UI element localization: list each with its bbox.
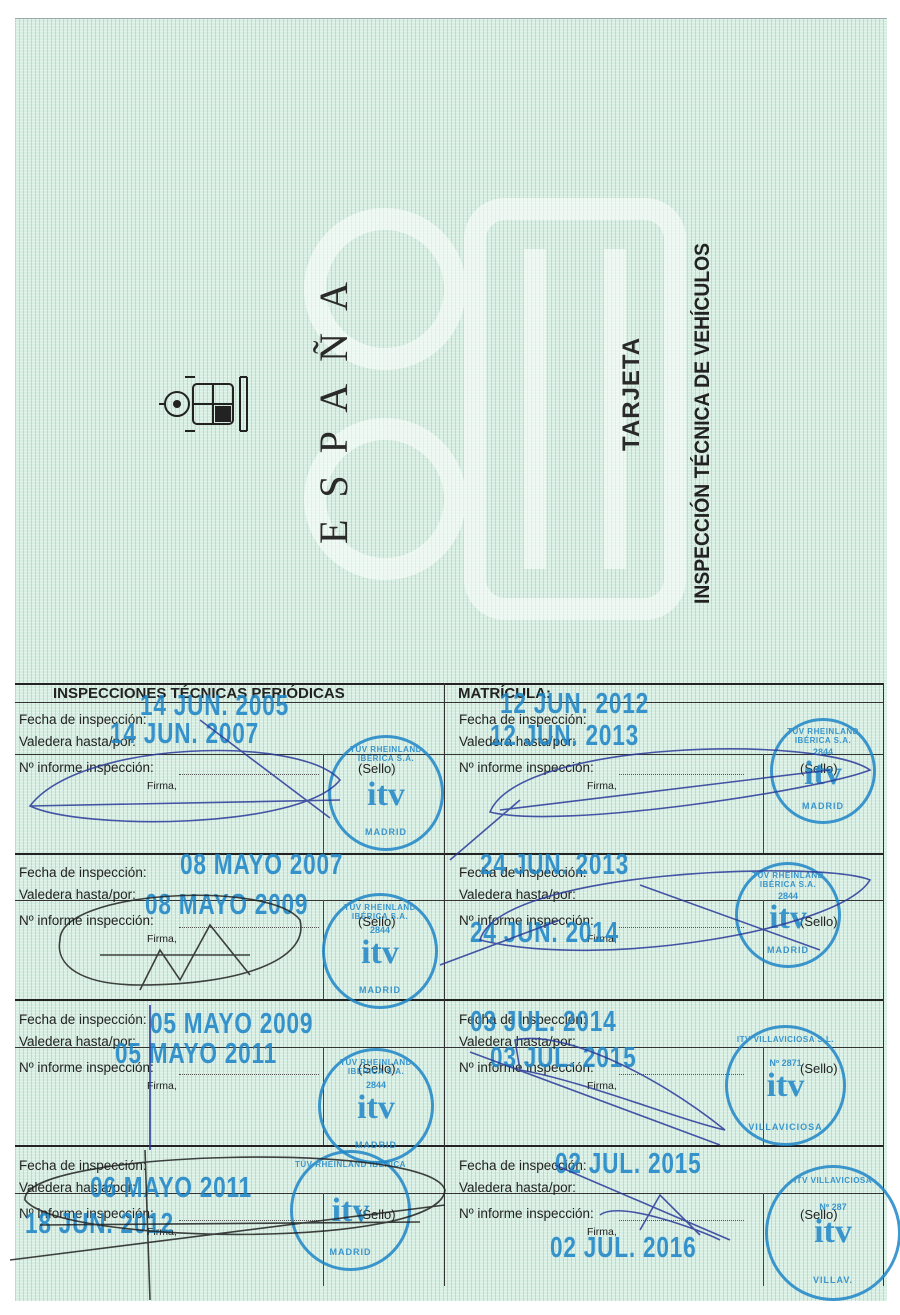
seal-ring-text: TÜV RHEINLAND IBÉRICA S.A. — [325, 903, 435, 921]
fecha-label: Fecha de inspección: — [19, 1012, 147, 1027]
seal-city: MADRID — [325, 985, 435, 995]
valid-until-stamp: 08 MAYO 2009 — [145, 889, 308, 922]
informe-label: Nº informe inspección: — [19, 760, 154, 775]
firma-label: Firma, — [147, 780, 177, 792]
valid-until-stamp: 03 JUL. 2015 — [490, 1042, 636, 1075]
country-title: ESPAÑA — [310, 260, 357, 544]
itv-logo-icon: itv — [773, 757, 873, 791]
inspection-date-stamp: 02 JUL. 2015 — [555, 1148, 701, 1181]
seal-city: MADRID — [331, 827, 441, 837]
seal-city: MADRID — [293, 1247, 408, 1257]
fecha-label: Fecha de inspección: — [19, 1158, 147, 1173]
divider — [15, 1145, 883, 1147]
valedera-label: Valedera hasta/por: — [459, 887, 576, 902]
divider — [15, 853, 883, 855]
column-divider — [444, 683, 445, 1286]
seal-city: VILLAVICIOSA — [728, 1122, 843, 1132]
card-subtitle: INSPECCIÓN TÉCNICA DE VEHÍCULOS — [691, 243, 715, 604]
inspection-date-stamp: 06 MAYO 2011 — [90, 1172, 252, 1205]
informe-field[interactable] — [619, 927, 744, 928]
itv-seal-stamp: TÜV RHEINLAND IBÉRICAitvMADRID — [290, 1150, 411, 1271]
valid-until-stamp: 18 JUN. 2012 — [25, 1208, 174, 1241]
seal-number: Nº 287 — [768, 1202, 898, 1212]
itv-logo-icon: itv — [768, 1215, 898, 1249]
seal-city: VILLAV. — [768, 1275, 898, 1285]
seal-city: MADRID — [321, 1140, 431, 1150]
informe-field[interactable] — [179, 774, 319, 775]
seal-city: MADRID — [773, 801, 873, 811]
informe-label: Nº informe inspección: — [459, 760, 594, 775]
valid-until-stamp: 05 MAYO 2011 — [115, 1038, 277, 1071]
valedera-label: Valedera hasta/por: — [19, 887, 136, 902]
itv-logo-icon: itv — [321, 1091, 431, 1125]
inspection-date-stamp: 12 JUN. 2012 — [500, 688, 649, 721]
seal-ring-text: TÜV RHEINLAND IBÉRICA S.A. — [321, 1058, 431, 1076]
seal-ring-text: TÜV RHEINLAND IBÉRICA — [293, 1160, 408, 1169]
inspection-date-stamp: 08 MAYO 2007 — [180, 849, 343, 882]
card-title: TARJETA — [618, 337, 646, 451]
seal-number: Nº 2871 — [728, 1058, 843, 1068]
firma-label: Firma, — [587, 1080, 617, 1092]
seal-city: MADRID — [738, 945, 838, 955]
divider — [15, 754, 883, 755]
seal-divider — [763, 1193, 764, 1286]
fecha-label: Fecha de inspección: — [19, 865, 147, 880]
informe-label: Nº informe inspección: — [19, 913, 154, 928]
informe-field[interactable] — [179, 927, 319, 928]
seal-ring-text: TÜV RHEINLAND IBÉRICA S.A. — [773, 727, 873, 745]
seal-ring-text: TÜV RHEINLAND IBÉRICA S.A. — [738, 871, 838, 889]
itv-logo-icon: itv — [331, 778, 441, 812]
inspection-date-stamp: 05 MAYO 2009 — [150, 1008, 313, 1041]
valid-until-stamp: 02 JUL. 2016 — [550, 1232, 696, 1265]
firma-label: Firma, — [587, 780, 617, 792]
seal-ring-text: TÜV RHEINLAND IBÉRICA S.A. — [331, 745, 441, 763]
itv-seal-stamp: TÜV RHEINLAND IBÉRICA S.A.2844itvMADRID — [322, 893, 438, 1009]
itv-seal-stamp: TÜV RHEINLAND IBÉRICA S.A.itvMADRID — [328, 735, 444, 851]
itv-seal-stamp: TÜV RHEINLAND IBÉRICA S.A.2844itvMADRID — [735, 862, 841, 968]
itv-logo-icon: itv — [738, 901, 838, 935]
valid-until-stamp: 14 JUN. 2007 — [110, 718, 259, 751]
seal-divider — [763, 754, 764, 853]
informe-field[interactable] — [179, 1074, 319, 1075]
inspection-date-stamp: 24 JUN. 2013 — [480, 849, 629, 882]
itv-logo-icon: itv — [325, 936, 435, 970]
itv-seal-stamp: ITV VILLAVICIOSA S.L.Nº 2871itvVILLAVICI… — [725, 1025, 846, 1146]
valedera-label: Valedera hasta/por: — [459, 1180, 576, 1195]
informe-label: Nº informe inspección: — [459, 1206, 594, 1221]
coat-of-arms-icon — [155, 369, 255, 439]
itv-logo-icon: itv — [293, 1194, 408, 1228]
valid-until-stamp: 12 JUN. 2013 — [490, 720, 639, 753]
firma-label: Firma, — [147, 933, 177, 945]
valid-until-stamp: 24 JUN. 2014 — [470, 917, 619, 950]
seal-divider — [323, 754, 324, 853]
inspection-date-stamp: 03 JUL. 2014 — [470, 1006, 616, 1039]
itv-seal-stamp: TÜV RHEINLAND IBÉRICA S.A.2844itvMADRID — [318, 1048, 434, 1164]
informe-field[interactable] — [619, 774, 744, 775]
seal-ring-text: ITV VILLAVICIOSA — [768, 1176, 898, 1185]
divider — [15, 999, 883, 1001]
itv-seal-stamp: TÜV RHEINLAND IBÉRICA S.A.2844itvMADRID — [770, 718, 876, 824]
itv-logo-icon: itv — [728, 1069, 843, 1103]
seal-ring-text: ITV VILLAVICIOSA S.L. — [728, 1035, 843, 1044]
itv-seal-stamp: ITV VILLAVICIOSANº 287itvVILLAV. — [765, 1165, 900, 1301]
firma-label: Firma, — [147, 1080, 177, 1092]
informe-field[interactable] — [619, 1220, 744, 1221]
